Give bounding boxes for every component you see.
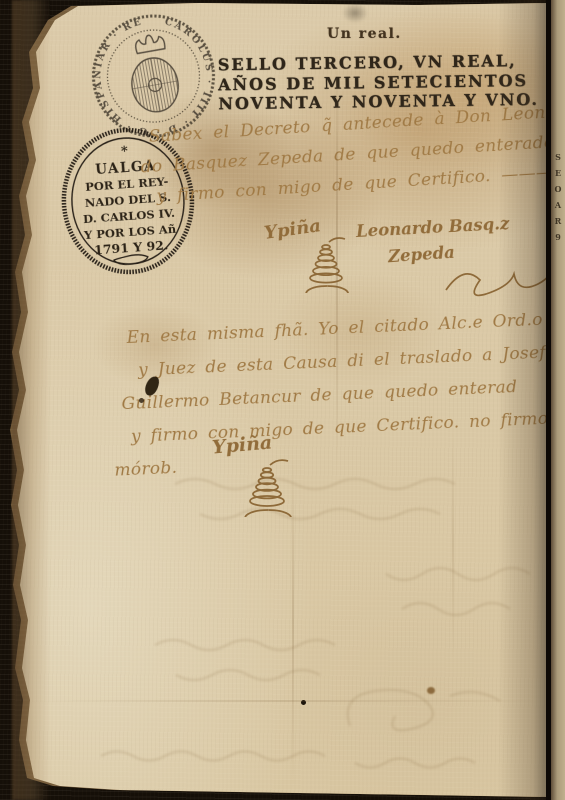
crown-icon [134,33,165,54]
ghost-flourish [330,676,520,746]
left-frayed-margin [12,0,50,800]
adjacent-page-edge [551,0,565,800]
rubric-spiral-1 [300,233,354,293]
ghost-showthrough-4 [90,740,330,772]
ghost-showthrough-3 [80,630,340,690]
adjacent-page-stamp-letters: SEOAR9 [553,152,563,342]
ink-speck [139,398,144,403]
ink-dot [301,700,306,705]
ghost-showthrough-5 [330,748,480,778]
binding-gutter-shadow [498,0,548,800]
stamp-star-mark: * [121,144,129,159]
scanned-document: Un real. SELLO TERCERO, VN REAL, AÑOS DE… [0,0,565,800]
folio-smudge-mark [342,3,368,23]
ghost-showthrough-1 [130,466,460,536]
tax-value-label: Un real. [327,26,402,42]
